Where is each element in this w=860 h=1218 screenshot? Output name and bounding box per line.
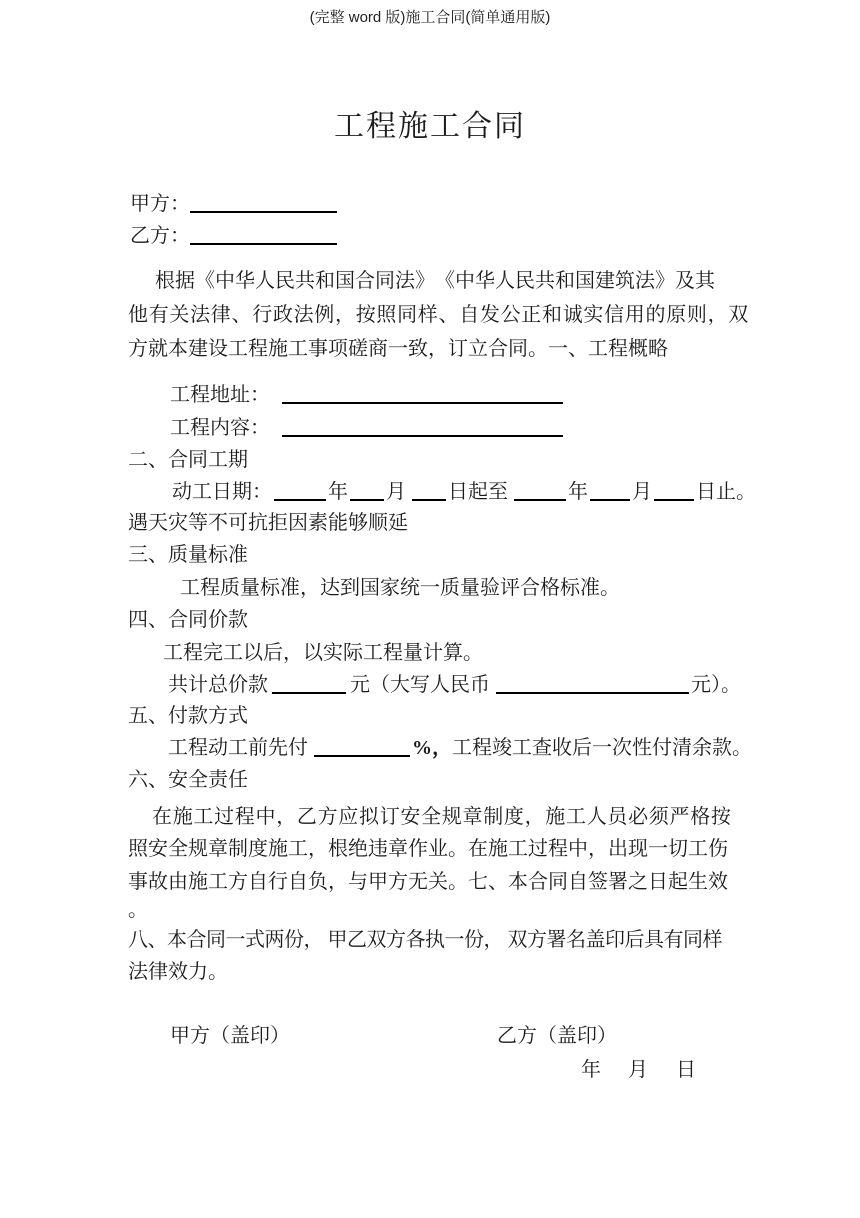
- section-payment-heading: 五、付款方式: [128, 704, 248, 728]
- to-label: 日止。: [696, 481, 756, 503]
- doc-title: 工程施工合同: [0, 108, 860, 146]
- payment-suffix: 工程竣工查收后一次性付清余款。: [452, 737, 752, 759]
- contract-document-page: (完整 word 版)施工合同(简单通用版) 工程施工合同 甲方： 乙方： 根据…: [0, 0, 860, 1218]
- start-date-label: 动工日期：: [172, 481, 272, 503]
- total-price-row: 共计总价款元（大写人民币元）。: [168, 673, 741, 697]
- clause8-line-1: 八、本合同一式两份， 甲乙双方各执一份， 双方署名盖印后具有同样: [128, 928, 722, 952]
- signature-party-a: 甲方（盖印）: [170, 1024, 290, 1048]
- section-quality-heading: 三、质量标准: [128, 543, 248, 567]
- month-label-1: 月: [386, 481, 406, 503]
- start-year-blank-field[interactable]: [274, 480, 326, 501]
- party-b-label: 乙方：: [130, 225, 190, 247]
- end-year-blank-field[interactable]: [514, 480, 566, 501]
- total-price-end-label: 元）。: [691, 674, 741, 696]
- party-b-row: 乙方：: [130, 224, 337, 248]
- party-b-blank-field[interactable]: [190, 224, 337, 245]
- duration-note: 遇天灾等不可抗拒因素能够顺延: [128, 511, 408, 535]
- signature-party-b: 乙方（盖印）: [497, 1024, 617, 1048]
- total-amount-blank-field[interactable]: [272, 673, 346, 694]
- start-month-blank-field[interactable]: [350, 480, 384, 501]
- payment-row: 工程动工前先付%，工程竣工查收后一次性付清余款。: [168, 736, 752, 760]
- doc-header: (完整 word 版)施工合同(简单通用版): [0, 8, 860, 27]
- section-price-heading: 四、合同价款: [128, 608, 248, 632]
- project-address-label: 工程地址：: [170, 384, 270, 406]
- project-content-blank-field[interactable]: [282, 416, 563, 437]
- project-address-row: 工程地址：: [170, 383, 563, 407]
- safety-line-2: 照安全规章制度施工，根绝违章作业。在施工过程中，出现一切工伤: [128, 837, 728, 861]
- party-a-blank-field[interactable]: [190, 192, 337, 213]
- total-price-mid-label: 元（大写人民币: [350, 674, 490, 696]
- safety-line-4: 。: [128, 898, 148, 922]
- price-body: 工程完工以后，以实际工程量计算。: [163, 641, 483, 665]
- safety-line-3: 事故由施工方自行自负，与甲方无关。七、本合同自签署之日起生效: [128, 870, 728, 894]
- preamble-line-1: 根据《中华人民共和国合同法》 《中华人民共和国建筑法》及其: [155, 269, 715, 293]
- signature-date-year: 年: [581, 1058, 601, 1082]
- quality-body: 工程质量标准，达到国家统一质量验评合格标准。: [180, 576, 620, 600]
- start-day-blank-field[interactable]: [412, 480, 446, 501]
- preamble-line-3: 方就本建设工程施工事项磋商一致，订立合同。一、工程概略: [128, 337, 668, 361]
- section-safety-heading: 六、安全责任: [128, 768, 248, 792]
- clause8-line-2: 法律效力。: [128, 960, 228, 984]
- party-a-row: 甲方：: [130, 192, 337, 216]
- project-content-label: 工程内容：: [170, 417, 270, 439]
- amount-in-words-blank-field[interactable]: [496, 673, 689, 694]
- total-price-label: 共计总价款: [168, 674, 268, 696]
- party-a-label: 甲方：: [130, 193, 190, 215]
- percent-sign: %，: [412, 737, 452, 759]
- preamble-line-2: 他有关法律、行政法例，按照同样、自发公正和诚实信用的原则，双: [128, 303, 749, 327]
- advance-percent-blank-field[interactable]: [314, 736, 410, 757]
- project-address-blank-field[interactable]: [282, 383, 563, 404]
- payment-prefix: 工程动工前先付: [168, 737, 308, 759]
- project-content-row: 工程内容：: [170, 416, 563, 440]
- year-label-2: 年: [568, 481, 588, 503]
- signature-date-day: 日: [676, 1058, 696, 1082]
- end-month-blank-field[interactable]: [590, 480, 630, 501]
- from-label: 日起至: [448, 481, 508, 503]
- start-date-row: 动工日期：年月日起至年月日止。: [172, 480, 756, 504]
- safety-line-1: 在施工过程中，乙方应拟订安全规章制度，施工人员必须严格按: [152, 805, 732, 829]
- month-label-2: 月: [632, 481, 652, 503]
- end-day-blank-field[interactable]: [654, 480, 694, 501]
- section-duration-heading: 二、合同工期: [128, 448, 248, 472]
- year-label-1: 年: [328, 481, 348, 503]
- signature-date-month: 月: [628, 1058, 648, 1082]
